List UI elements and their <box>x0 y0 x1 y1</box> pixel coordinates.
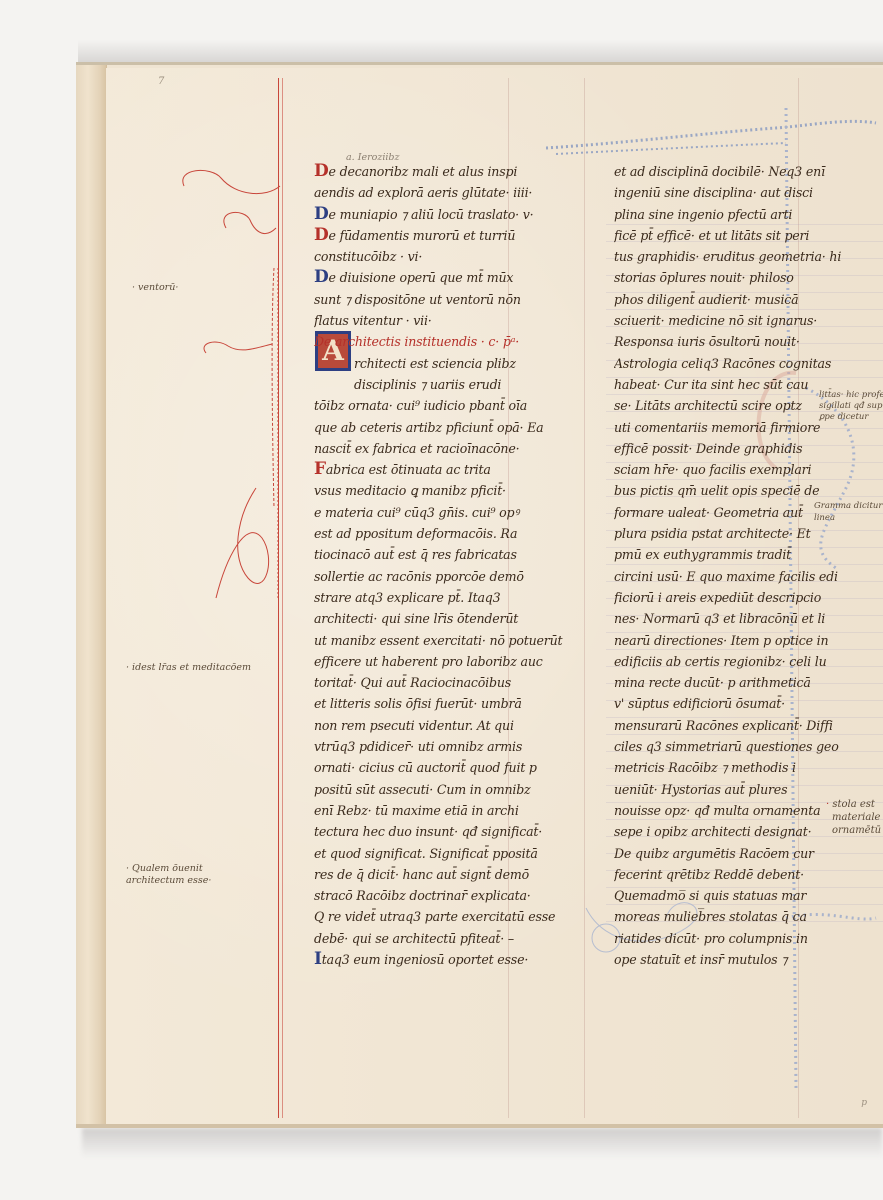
red-mark-icon: · <box>826 799 829 810</box>
text-line: ingeniū sine disciplina· aut disci <box>614 182 844 203</box>
text-line: uti comentariis memoriā firmiore <box>614 417 844 438</box>
text-line: bus pictis qm̄ uelit opis speciē de <box>614 480 844 501</box>
text-line: phos diligent̄ audierit· musicā <box>614 289 844 310</box>
background-shade <box>78 40 883 64</box>
line-text: disciplinis ⁊ uariis erudi <box>354 377 501 392</box>
note-line: architectum esse· <box>126 875 211 887</box>
marginal-note-litteras: litt̄as· hic profess sigillati qđ supra … <box>819 390 883 423</box>
text-line: toritat̄· Qui aut̄ Raciocinacōibus <box>314 672 564 693</box>
line-text: vtrūq3 pdidicer̄· uti omnibz armis <box>314 739 522 754</box>
text-line: ciles q3 simmetriarū questiones geo <box>614 736 844 757</box>
text-line: ope statuīt et insr̄ mutulos ⁊ <box>614 949 844 970</box>
line-text: et quod significat. Significat̄ ppositā <box>314 846 538 861</box>
text-line: res de q̄ dicit̄· hanc aut̄ signt̄ demō <box>314 864 564 885</box>
folio-mark: 7 <box>158 76 164 87</box>
text-line: constitucōibz · vi· <box>314 246 564 267</box>
text-column-left: De decanoribz mali et alus inspi aendis … <box>314 161 564 970</box>
text-line: debē· qui se architectū pfiteat̄· – <box>314 928 564 949</box>
text-line: mensurarū Racōnes explicant̄· Diffi <box>614 715 844 736</box>
marginal-note-stola: · stola est materiale ornamētū <box>826 798 881 837</box>
text-line: positū sūt assecuti· Cum in omnibz <box>314 779 564 800</box>
text-line: tectura hec duo insunt· qđ significat̄· <box>314 821 564 842</box>
rubric-heading: De architectis instituendis · c· p̄ᵃ· <box>314 331 564 352</box>
line-text: De architectis instituendis · c· p̄ᵃ· <box>314 334 519 349</box>
text-line: ut manibz essent exercitati· nō potuerūt <box>314 630 564 651</box>
line-text: constitucōibz · vi· <box>314 249 422 264</box>
text-line: e materia cui⁹ cūq3 gn̄is. cui⁹ opꝰ <box>314 502 564 523</box>
text-line: De muniapio ⁊ aliū locū traslato· v· <box>314 204 564 225</box>
text-line: sciam hr̄e· quo facilis exemplari <box>614 459 844 480</box>
line-text: tōibz ornata· cui⁹ iudicio pbant̄ oīa <box>314 398 527 413</box>
text-line: nouisse opz· qđ multa ornamenta <box>614 800 844 821</box>
line-text: res de q̄ dicit̄· hanc aut̄ signt̄ demō <box>314 867 529 882</box>
line-text: rchitecti est sciencia plibz <box>354 356 516 371</box>
note-line: stola est <box>832 799 875 810</box>
text-line: et litteris solis ōfisi fuerūt· umbrā <box>314 693 564 714</box>
text-line: metricis Racōibz ⁊ methodis i <box>614 757 844 778</box>
text-line: nascit̄ ex fabrica et racioīnacōne· <box>314 438 564 459</box>
line-text: sunt ⁊ dispositōne ut ventorū nōn <box>314 292 521 307</box>
line-text: que ab ceteris artibz pficiunt̄ opā· Ea <box>314 420 543 435</box>
text-line: nes· Normarū q3 et libracōnū et li <box>614 608 844 629</box>
note-line: sigillati qđ supra <box>819 401 883 412</box>
text-line: sollertie ac racōnis pporcōe demō <box>314 566 564 587</box>
line-text: e diuisione operū que mt̄ mūx <box>329 270 514 285</box>
red-initial: D <box>314 161 329 181</box>
line-text: sollertie ac racōnis pporcōe demō <box>314 569 524 584</box>
text-line: vtrūq3 pdidicer̄· uti omnibz armis <box>314 736 564 757</box>
red-initial: F <box>314 459 326 479</box>
blue-initial: D <box>314 267 329 287</box>
line-text: est ad ppositum deformacōis. Ra <box>314 526 517 541</box>
text-line: mina recte ducūt· p arithmeticā <box>614 672 844 693</box>
red-initial: D <box>314 225 329 245</box>
text-line: habeat· Cur ita sint hec sūt cau <box>614 374 844 395</box>
text-line: est ad ppositum deformacōis. Ra <box>314 523 564 544</box>
text-line: Q re videt̄ utraq3 parte exercitatū esse <box>314 906 564 927</box>
line-text: positū sūt assecuti· Cum in omnibz <box>314 782 531 797</box>
line-text: e muniapio ⁊ aliū locū traslato· v· <box>329 207 534 222</box>
line-text: flatus vitentur · vii· <box>314 313 432 328</box>
line-text: e fūdamentis murorū et turriū <box>329 228 516 243</box>
line-text: e materia cui⁹ cūq3 gn̄is. cui⁹ opꝰ <box>314 505 519 520</box>
text-line: et ad disciplinā docibilē· Neq3 enī <box>614 161 844 182</box>
line-text: ut manibz essent exercitati· nō potuerūt <box>314 633 562 648</box>
text-line: circini usū· E quo maxime facilis edi <box>614 566 844 587</box>
marginal-note-ventorum: · ventorū· <box>132 282 178 294</box>
text-line: strare atq3 explicare pt̄. Itaq3 <box>314 587 564 608</box>
note-line: linea <box>814 512 882 524</box>
text-line: aendis ad explorā̄ aeris glūtate· iiii· <box>314 182 564 203</box>
line-text: debē· qui se architectū pfiteat̄· – <box>314 931 514 946</box>
line-text: taq3 eum ingeniosū oportet esse· <box>322 952 528 967</box>
line-text: et litteris solis ōfisi fuerūt· umbrā <box>314 696 522 711</box>
line-text: e decanoribz mali et alus inspi <box>329 164 518 179</box>
text-line: Quemadmo̅ si quis statuas mar <box>614 885 844 906</box>
marginal-note-qualem: · Qualem ōuenit architectum esse· <box>126 863 211 887</box>
text-line: fecerint qrētibz Reddē debent· <box>614 864 844 885</box>
line-text: toritat̄· Qui aut̄ Raciocinacōibus <box>314 675 511 690</box>
text-line: efficere ut haberent pro laboribz auc <box>314 651 564 672</box>
manuscript-leaf: 7 a. Ieroziibz A <box>76 62 883 1128</box>
text-line: De fūdamentis murorū et turriū <box>314 225 564 246</box>
text-line: stracō Racōibz doctrinar̄ explicata· <box>314 885 564 906</box>
text-line: plura psidia pstat architecte· Et <box>614 523 844 544</box>
text-line: se· Litāts architectū scire optz <box>614 395 844 416</box>
line-text: architecti· qui sine lr̄is ōtenderūt <box>314 611 518 626</box>
text-line: disciplinis ⁊ uariis erudi <box>314 374 564 395</box>
note-line: Gramma dicitur <box>814 500 882 512</box>
line-text: non rem psecuti videntur. At qui <box>314 718 514 733</box>
note-line: ꝑpe dicetur <box>819 412 883 423</box>
text-line: moreas mulieb̅res stolatas q̄ ca <box>614 906 844 927</box>
marginal-note-grammatica: Gramma dicitur linea <box>814 500 882 524</box>
text-line: Fabrica est ōtinuata ac trita <box>314 459 564 480</box>
text-line: edificiis ab certis regionibz· celi lu <box>614 651 844 672</box>
line-text: aendis ad explorā̄ aeris glūtate· iiii· <box>314 185 532 200</box>
text-line: sunt ⁊ dispositōne ut ventorū nōn <box>314 289 564 310</box>
binding-edge <box>76 65 107 1124</box>
text-line: formare ualeat· Geometria aut̄ <box>614 502 844 523</box>
text-line: efficē possit· Deinde graphidis <box>614 438 844 459</box>
line-text: enī Rebz· tū maxime etiā in archi <box>314 803 519 818</box>
blue-initial: I <box>314 949 322 969</box>
text-line: De diuisione operū que mt̄ mūx <box>314 267 564 288</box>
text-line: Astrologia celiq3 Racōnes cognitas <box>614 353 844 374</box>
text-line: sciuerit· medicine nō sit ignarus· <box>614 310 844 331</box>
pen-flourish-icon <box>176 158 286 618</box>
line-text: abrica est ōtinuata ac trita <box>326 462 491 477</box>
line-text: nascit̄ ex fabrica et racioīnacōne· <box>314 441 519 456</box>
text-line: ueniūt· Hystorias aut̄ plures <box>614 779 844 800</box>
text-line: ficiorū i areis expediūt descripcio <box>614 587 844 608</box>
note-line: ornamētū <box>826 824 881 837</box>
text-line: De decanoribz mali et alus inspi <box>314 161 564 182</box>
text-line: nearū directiones· Item p optice in <box>614 630 844 651</box>
line-text: efficere ut haberent pro laboribz auc <box>314 654 543 669</box>
marginal-note-idest: · idest lr̄as et meditacōem <box>126 662 251 674</box>
text-line: Itaq3 eum ingeniosū oportet esse· <box>314 949 564 970</box>
note-line: litt̄as· hic profess <box>819 390 883 401</box>
text-line: tus graphidis· eruditus geometria· hi <box>614 246 844 267</box>
text-line: riatides dicūt· pro columpnis in <box>614 928 844 949</box>
text-line: architecti· qui sine lr̄is ōtenderūt <box>314 608 564 629</box>
note-line: materiale <box>826 811 881 824</box>
blue-initial: D <box>314 204 329 224</box>
text-line: storias ōplures nouit· philoso <box>614 267 844 288</box>
text-line: et quod significat. Significat̄ ppositā <box>314 843 564 864</box>
text-line: plina sine ingenio pfectū arti <box>614 204 844 225</box>
text-line: ornati· cicius cū auctorit̄ quod fuit p <box>314 757 564 778</box>
text-line: que ab ceteris artibz pficiunt̄ opā· Ea <box>314 417 564 438</box>
line-text: Q re videt̄ utraq3 parte exercitatū esse <box>314 909 555 924</box>
line-text: vsus meditacio ꝗ manibz pficit̄· <box>314 483 506 498</box>
text-line: sepe i opibz architecti designat· <box>614 821 844 842</box>
text-line: tiocinacō aut̄ est q̄ res fabricatas <box>314 544 564 565</box>
text-line: tōibz ornata· cui⁹ iudicio pbant̄ oīa <box>314 395 564 416</box>
text-line: non rem psecuti videntur. At qui <box>314 715 564 736</box>
page-shadow <box>82 1128 882 1158</box>
line-text: ornati· cicius cū auctorit̄ quod fuit p <box>314 760 537 775</box>
parchment-page: 7 a. Ieroziibz A <box>106 68 883 1124</box>
text-line: v' sūptus edificiorū ōsumat̄· <box>614 693 844 714</box>
line-text: strare atq3 explicare pt̄. Itaq3 <box>314 590 500 605</box>
text-line: vsus meditacio ꝗ manibz pficit̄· <box>314 480 564 501</box>
line-text: tiocinacō aut̄ est q̄ res fabricatas <box>314 547 517 562</box>
text-line: De quibz argumētis Racōem cur <box>614 843 844 864</box>
text-line: enī Rebz· tū maxime etiā in archi <box>314 800 564 821</box>
text-line: pmū ex euthygrammis tradit̄ <box>614 544 844 565</box>
line-text: tectura hec duo insunt· qđ significat̄· <box>314 824 542 839</box>
text-line: rchitecti est sciencia plibz <box>314 353 564 374</box>
text-line: Responsa iuris ōsultorū nouit· <box>614 331 844 352</box>
line-text: stracō Racōibz doctrinar̄ explicata· <box>314 888 531 903</box>
text-column-right: et ad disciplinā docibilē· Neq3 enī inge… <box>614 161 844 970</box>
text-line: flatus vitentur · vii· <box>314 310 564 331</box>
page-letter: p <box>861 1098 867 1108</box>
text-line: ficē pt̄ efficē· et ut litāts sit peri <box>614 225 844 246</box>
note-line: · Qualem ōuenit <box>126 863 211 875</box>
